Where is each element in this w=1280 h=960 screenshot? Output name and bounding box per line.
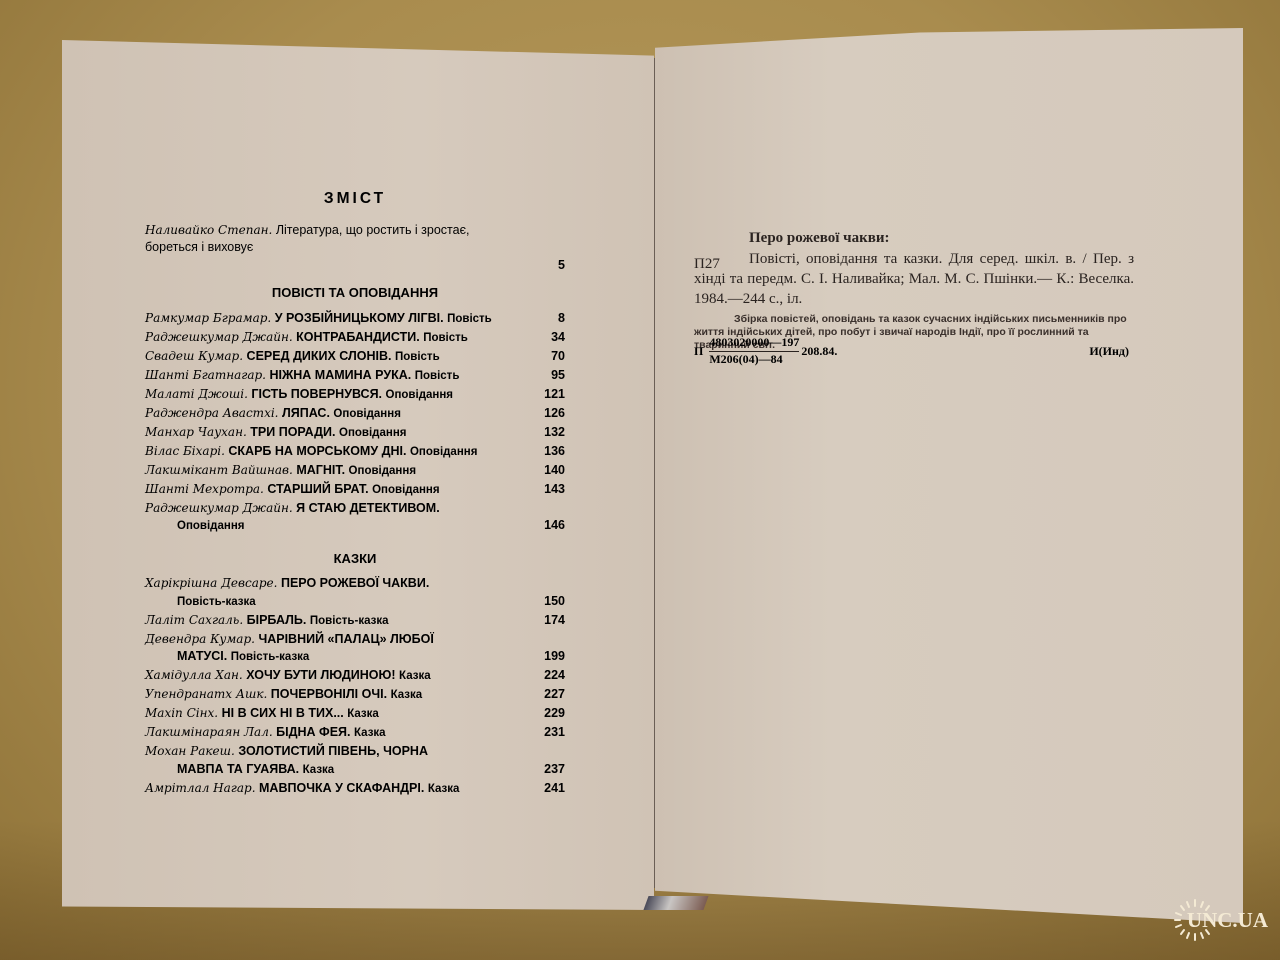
entry-author: Лакшмікант Вайшнав. <box>145 463 293 477</box>
watermark-text: UNC.UA <box>1187 908 1268 933</box>
entry-author: Раджендра Авастхі. <box>145 406 278 420</box>
entry-author: Лакшмінараян Лал. <box>145 725 273 739</box>
entry-title: СЕРЕД ДИКИХ СЛОНІВ. <box>247 349 392 363</box>
toc-entry: Раджендра Авастхі. ЛЯПАС. Оповідання126 <box>145 405 565 424</box>
entry-title: МАГНІТ. <box>296 463 345 477</box>
entry-genre: Повість <box>415 370 460 382</box>
entry-author: Раджешкумар Джайн. <box>145 501 293 515</box>
entry-title: СКАРБ НА МОРСЬКОМУ ДНІ. <box>228 444 406 458</box>
entry-title: КОНТРАБАНДИСТИ. <box>296 330 420 344</box>
entry-page-number: 5 <box>531 257 565 275</box>
right-page <box>655 28 1243 923</box>
entry-genre: Оповідання <box>386 389 453 401</box>
entry-title: СТАРШИЙ БРАТ. <box>267 482 368 496</box>
entry-genre: Оповідання <box>339 427 406 439</box>
book-spine <box>654 58 655 888</box>
entry-genre: Оповідання <box>333 408 400 420</box>
entry-page-number: 34 <box>531 329 565 347</box>
entry-title: Я СТАЮ ДЕТЕКТИВОМ. <box>296 501 440 515</box>
entry-author: Вілас Біхарі. <box>145 444 225 458</box>
entry-title-continuation: МАВПА ТА ГУАЯВА. <box>177 762 299 776</box>
index-suffix: 208.84. <box>801 344 837 359</box>
entry-title: НІЖНА МАМИНА РУКА. <box>269 368 411 382</box>
index-prefix: П <box>694 344 703 359</box>
entry-author: Шанті Мехротра. <box>145 482 264 496</box>
index-fraction: 4803020000—197 М206(04)—84 <box>709 335 799 367</box>
entry-genre: Оповідання <box>410 446 477 458</box>
entry-title: МАВПОЧКА У СКАФАНДРІ. <box>259 781 424 795</box>
entry-title: ХОЧУ БУТИ ЛЮДИНОЮ! <box>246 668 395 682</box>
entry-title: У РОЗБІЙНИЦЬКОМУ ЛІГВІ. <box>275 311 444 325</box>
entry-page-number: 8 <box>531 310 565 328</box>
section-heading-tales: КАЗКИ <box>145 550 565 568</box>
entry-genre: Казка <box>347 708 379 720</box>
toc-entry: Манхар Чаухан. ТРИ ПОРАДИ. Оповідання132 <box>145 424 565 443</box>
entry-author: Девендра Кумар. <box>145 632 255 646</box>
entry-author: Шанті Бгатнагар. <box>145 368 266 382</box>
entry-title: Література, що ростить і зростає, <box>276 223 470 237</box>
entry-page-number: 227 <box>531 686 565 704</box>
entry-title: БІРБАЛЬ. <box>247 613 307 627</box>
entry-author: Рамкумар Бграмар. <box>145 311 271 325</box>
entry-author: Манхар Чаухан. <box>145 425 247 439</box>
toc-entry: Упендранатх Ашк. ПОЧЕРВОНІЛІ ОЧІ. Казка2… <box>145 686 565 705</box>
entry-genre: Повість <box>395 351 440 363</box>
entry-title: ПЕРО РОЖЕВОЇ ЧАКВИ. <box>281 576 429 590</box>
section-heading-stories: ПОВІСТІ ТА ОПОВІДАННЯ <box>145 284 565 302</box>
entry-page-number: 231 <box>531 724 565 742</box>
entry-page-number: 140 <box>531 462 565 480</box>
entry-author: Свадеш Кумар. <box>145 349 243 363</box>
entry-author: Малаті Джоші. <box>145 387 248 401</box>
toc-entry: Амрітлал Нагар. МАВПОЧКА У СКАФАНДРІ. Ка… <box>145 780 565 799</box>
toc-entry: Девендра Кумар. ЧАРІВНИЙ «ПАЛАЦ» ЛЮБОЇМА… <box>145 631 565 667</box>
toc-entry: Мохан Ракеш. ЗОЛОТИСТИЙ ПІВЕНЬ, ЧОРНАМАВ… <box>145 743 565 779</box>
entry-page-number: 121 <box>531 386 565 404</box>
toc-entry: Шанті Мехротра. СТАРШИЙ БРАТ. Оповідання… <box>145 481 565 500</box>
entry-author: Амрітлал Нагар. <box>145 781 256 795</box>
bibliographic-record: Перо рожевої чакви: П27 Повісті, оповіда… <box>694 230 1134 352</box>
classification-code: И(Инд) <box>1089 344 1129 359</box>
entry-author: Наливайко Степан. <box>145 223 272 237</box>
entry-page-number: 199 <box>531 648 565 666</box>
toc-entry: Хамідулла Хан. ХОЧУ БУТИ ЛЮДИНОЮ! Казка2… <box>145 667 565 686</box>
entry-title: ГІСТЬ ПОВЕРНУВСЯ. <box>251 387 382 401</box>
book-description: Повісті, оповідання та казки. Для серед.… <box>694 249 1134 309</box>
toc-entry: Лакшмікант Вайшнав. МАГНІТ. Оповідання14… <box>145 462 565 481</box>
entry-genre: Повість-казка <box>231 651 310 663</box>
entry-title: ЛЯПАС. <box>282 406 330 420</box>
publication-index: П 4803020000—197 М206(04)—84 208.84. И(И… <box>694 335 1129 367</box>
toc-entry: Рамкумар Бграмар. У РОЗБІЙНИЦЬКОМУ ЛІГВІ… <box>145 310 565 329</box>
watermark: UNC.UA <box>1173 898 1268 942</box>
catalog-code: П27 <box>694 256 720 273</box>
toc-entry: Лаліт Сахгаль. БІРБАЛЬ. Повість-казка174 <box>145 612 565 631</box>
toc-entry: Лакшмінараян Лал. БІДНА ФЕЯ. Казка231 <box>145 724 565 743</box>
entry-author: Махіп Сінх. <box>145 706 218 720</box>
entry-page-number: 150 <box>531 593 565 611</box>
entry-page-number: 132 <box>531 424 565 442</box>
entry-page-number: 146 <box>531 517 565 535</box>
entry-genre: Повість <box>447 313 492 325</box>
toc-intro-entry: Наливайко Степан. Література, що ростить… <box>145 222 565 275</box>
entry-genre: Повість-казка <box>177 596 256 608</box>
section-stories: Рамкумар Бграмар. У РОЗБІЙНИЦЬКОМУ ЛІГВІ… <box>145 310 565 536</box>
toc-entry: Харікрішна Девсаре. ПЕРО РОЖЕВОЇ ЧАКВИ.П… <box>145 575 565 611</box>
entry-author: Харікрішна Девсаре. <box>145 576 277 590</box>
entry-genre: Казка <box>391 689 423 701</box>
entry-page-number: 126 <box>531 405 565 423</box>
toc-title: ЗМІСТ <box>145 190 565 208</box>
entry-page-number: 143 <box>531 481 565 499</box>
entry-author: Упендранатх Ашк. <box>145 687 267 701</box>
entry-title: НІ В СИХ НІ В ТИХ... <box>222 706 344 720</box>
section-tales: Харікрішна Девсаре. ПЕРО РОЖЕВОЇ ЧАКВИ.П… <box>145 575 565 798</box>
entry-title: ТРИ ПОРАДИ. <box>250 425 335 439</box>
entry-genre: Повість <box>423 332 468 344</box>
book-title: Перо рожевої чакви: <box>694 230 1134 247</box>
entry-title: ЧАРІВНИЙ «ПАЛАЦ» ЛЮБОЇ <box>258 632 433 646</box>
entry-page-number: 229 <box>531 705 565 723</box>
entry-page-number: 136 <box>531 443 565 461</box>
entry-title-continuation: МАТУСІ. <box>177 649 227 663</box>
entry-genre: Казка <box>428 783 460 795</box>
toc-entry: Свадеш Кумар. СЕРЕД ДИКИХ СЛОНІВ. Повіст… <box>145 348 565 367</box>
entry-page-number: 241 <box>531 780 565 798</box>
entry-author: Мохан Ракеш. <box>145 744 235 758</box>
toc-entry: Шанті Бгатнагар. НІЖНА МАМИНА РУКА. Пові… <box>145 367 565 386</box>
toc-entry: Вілас Біхарі. СКАРБ НА МОРСЬКОМУ ДНІ. Оп… <box>145 443 565 462</box>
table-of-contents: ЗМІСТ Наливайко Степан. Література, що р… <box>145 190 565 799</box>
entry-author: Лаліт Сахгаль. <box>145 613 243 627</box>
entry-title: ПОЧЕРВОНІЛІ ОЧІ. <box>271 687 387 701</box>
entry-genre: Оповідання <box>177 520 244 532</box>
entry-genre: Казка <box>303 764 335 776</box>
entry-page-number: 237 <box>531 761 565 779</box>
index-denominator: М206(04)—84 <box>709 352 799 367</box>
entry-title: ЗОЛОТИСТИЙ ПІВЕНЬ, ЧОРНА <box>238 744 428 758</box>
entry-page-number: 95 <box>531 367 565 385</box>
toc-entry: Малаті Джоші. ГІСТЬ ПОВЕРНУВСЯ. Оповідан… <box>145 386 565 405</box>
toc-entry: Раджешкумар Джайн. Я СТАЮ ДЕТЕКТИВОМ.Опо… <box>145 500 565 536</box>
entry-title: БІДНА ФЕЯ. <box>276 725 350 739</box>
entry-author: Хамідулла Хан. <box>145 668 243 682</box>
toc-entry: Раджешкумар Джайн. КОНТРАБАНДИСТИ. Повіс… <box>145 329 565 348</box>
entry-genre: Оповідання <box>372 484 439 496</box>
entry-genre: Казка <box>399 670 431 682</box>
entry-author: Раджешкумар Джайн. <box>145 330 293 344</box>
entry-page-number: 174 <box>531 612 565 630</box>
entry-page-number: 224 <box>531 667 565 685</box>
entry-genre: Оповідання <box>349 465 416 477</box>
entry-genre: Казка <box>354 727 386 739</box>
index-numerator: 4803020000—197 <box>709 335 799 352</box>
spine-binding <box>643 896 708 910</box>
entry-genre: Повість-казка <box>310 615 389 627</box>
entry-title-continuation: бореться і виховує <box>145 239 565 257</box>
toc-entry: Махіп Сінх. НІ В СИХ НІ В ТИХ... Казка22… <box>145 705 565 724</box>
entry-page-number: 70 <box>531 348 565 366</box>
